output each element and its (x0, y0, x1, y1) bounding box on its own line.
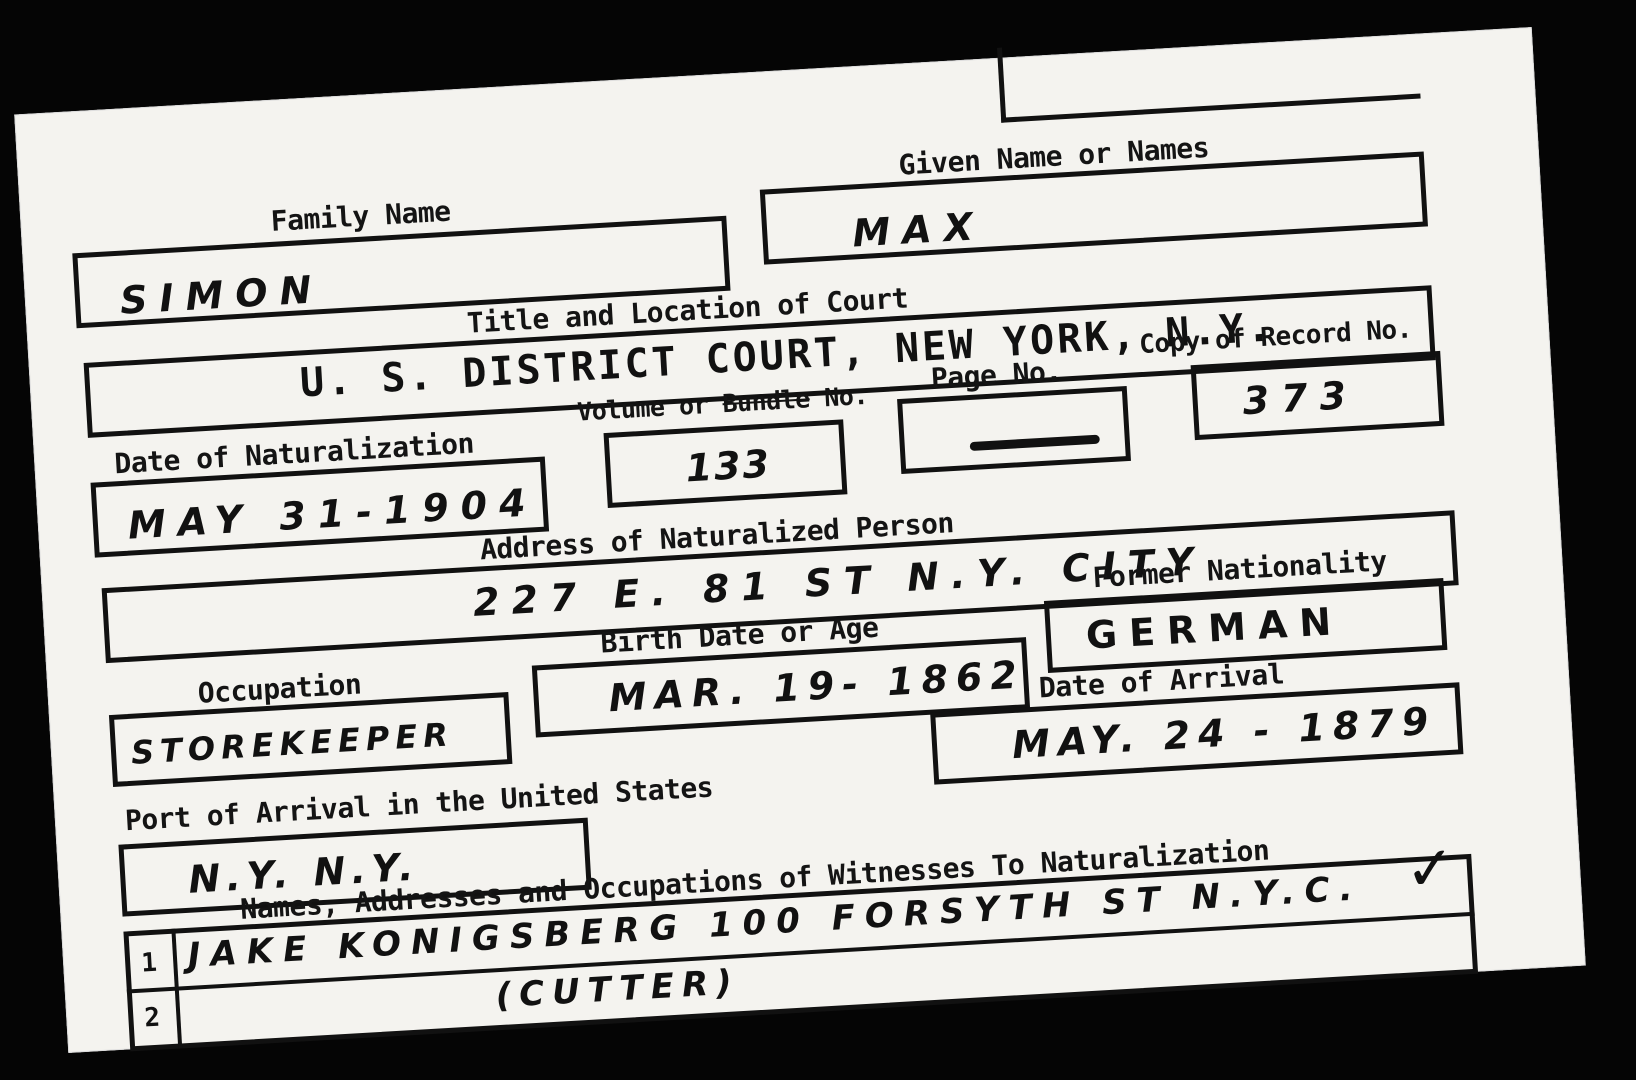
naturalization-index-card: Family Name SIMON Given Name or Names MA… (14, 27, 1586, 1053)
top-right-box (997, 24, 1421, 123)
witness-row-number: 1 (140, 948, 157, 979)
page-field (897, 386, 1131, 474)
family-name-label: Family Name (270, 195, 452, 238)
witness-row-number: 2 (144, 1003, 161, 1034)
given-name-value: MAX (851, 204, 986, 256)
check-mark-icon: ✓ (1403, 833, 1457, 906)
volume-value: 133 (684, 442, 772, 491)
copy-of-record-value: 373 (1241, 373, 1359, 424)
page-label: Page No. (930, 355, 1063, 395)
